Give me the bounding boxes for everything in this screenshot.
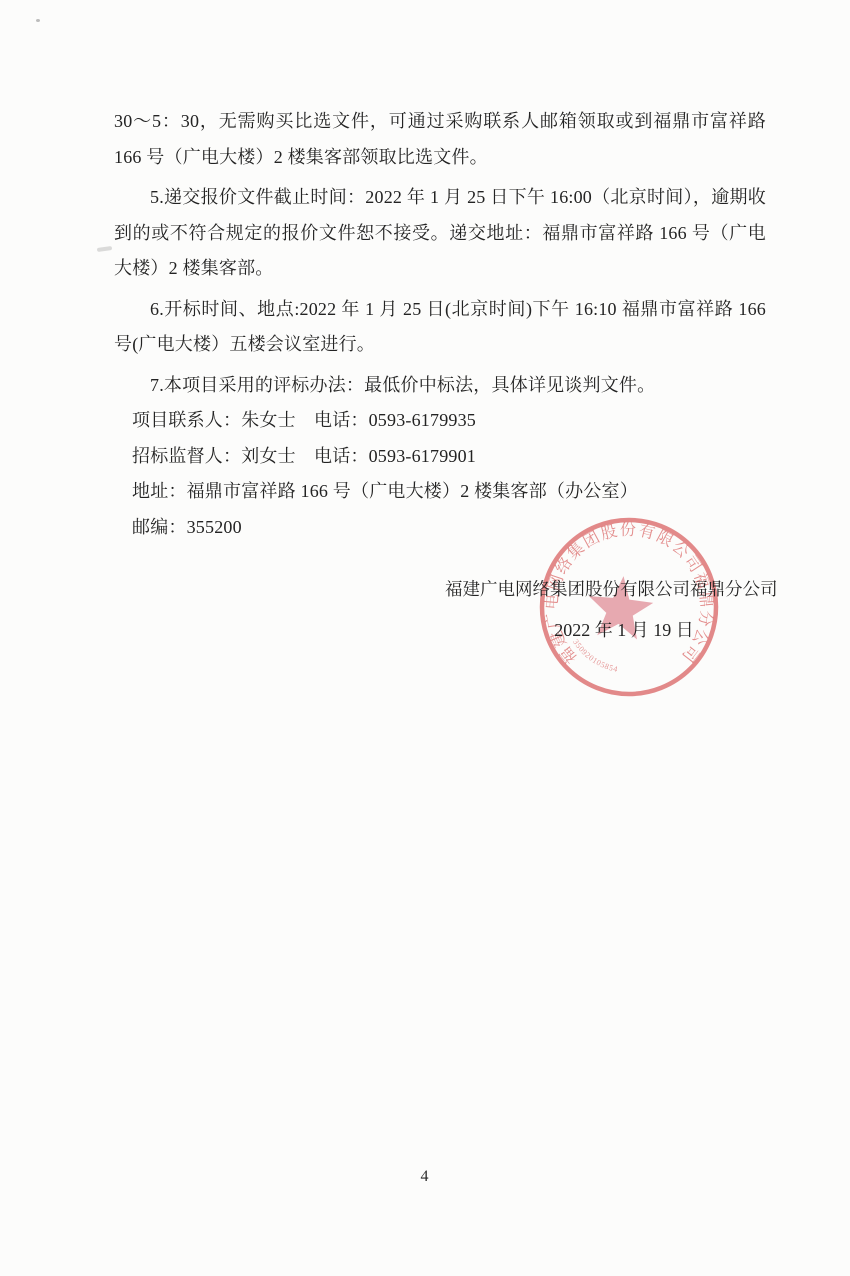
address-line: 地址：福鼎市富祥路 166 号（广电大楼）2 楼集客部（办公室） bbox=[114, 474, 766, 510]
page-number: 4 bbox=[0, 1168, 850, 1186]
signature-company-name: 福建广电网络集团股份有限公司福鼎分公司 bbox=[445, 576, 775, 602]
body-text-block: 30～5：30，无需购买比选文件，可通过采购联系人邮箱领取或到福鼎市富祥路 16… bbox=[114, 104, 766, 545]
document-page: 30～5：30，无需购买比选文件，可通过采购联系人邮箱领取或到福鼎市富祥路 16… bbox=[0, 0, 850, 1276]
scan-artifact bbox=[97, 246, 112, 252]
paragraph-item-6: 6.开标时间、地点:2022 年 1 月 25 日(北京时间)下午 16:10 … bbox=[114, 292, 766, 363]
paragraph-item-7: 7.本项目采用的评标办法：最低价中标法，具体详见谈判文件。 bbox=[114, 368, 766, 404]
signature-date: 2022 年 1 月 19 日 bbox=[445, 617, 775, 643]
signature-block: 福建广电网络集团股份有限公司福鼎分公司 2022 年 1 月 19 日 bbox=[445, 576, 775, 643]
paragraph-continuation: 30～5：30，无需购买比选文件，可通过采购联系人邮箱领取或到福鼎市富祥路 16… bbox=[114, 104, 766, 175]
scan-artifact bbox=[36, 19, 40, 22]
paragraph-item-5: 5.递交报价文件截止时间：2022 年 1 月 25 日下午 16:00（北京时… bbox=[114, 180, 766, 287]
project-contact-line: 项目联系人：朱女士 电话：0593-6179935 bbox=[114, 403, 766, 439]
supervisor-contact-line: 招标监督人：刘女士 电话：0593-6179901 bbox=[114, 439, 766, 475]
